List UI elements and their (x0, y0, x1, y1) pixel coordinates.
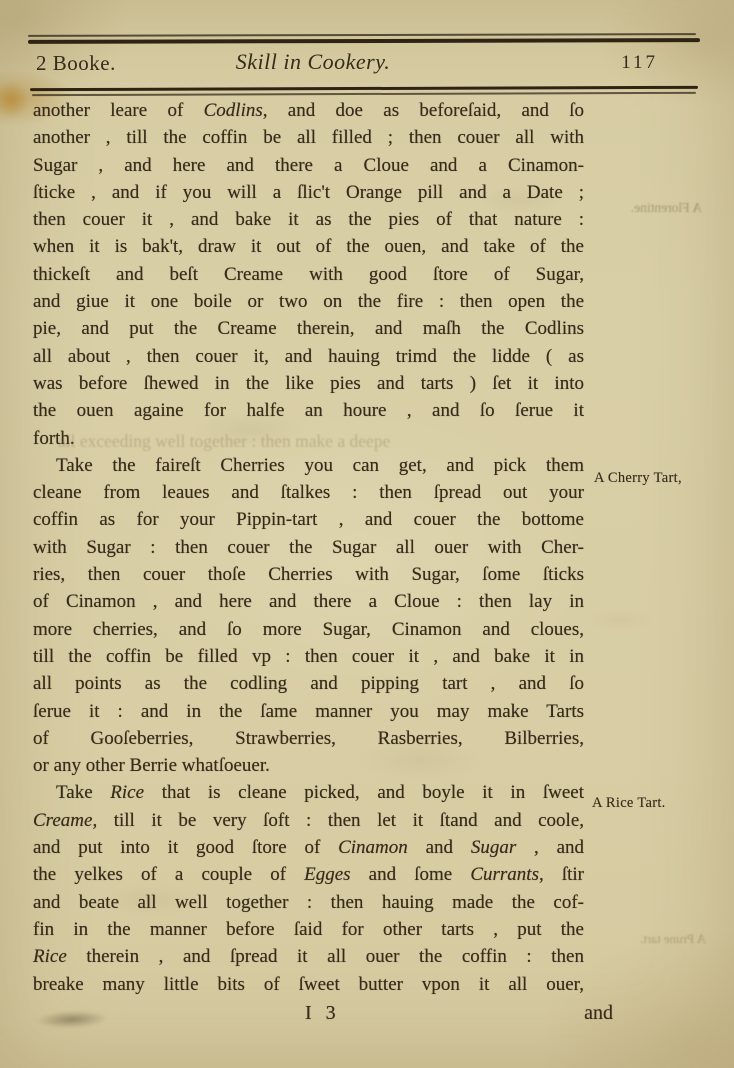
body-text-block: another leare of Codlins, and doe as bef… (33, 97, 584, 998)
text-line: then couer it , and bake it as the pies … (33, 206, 584, 233)
margin-note-rice-tart: A Rice Tart. (592, 795, 666, 812)
text-line: another , till the coffin be all filled … (33, 124, 584, 151)
text-line: Rice therein , and ſpread it all ouer th… (33, 943, 584, 970)
text-line: another leare of Codlins, and doe as bef… (33, 97, 584, 124)
text-line: breake many little bits of ſweet butter … (33, 971, 584, 998)
showthrough-prune-tart: A Prune tart. (606, 931, 706, 947)
text-line: Take Rice that is cleane picked, and boy… (33, 779, 584, 806)
text-line: and beate all well together : then hauin… (33, 889, 584, 916)
text-line: cleane from leaues and ſtalkes : then ſp… (33, 479, 584, 506)
page-number: 117 (621, 52, 658, 74)
text-line: the yelkes of a couple of Egges and ſome… (33, 861, 584, 888)
text-line: was before ſhewed in the like pies and t… (33, 370, 584, 397)
text-line: ſticke , and if you will a ſlic't Orange… (33, 179, 584, 206)
text-line: and giue it one boile or two on the fire… (33, 288, 584, 315)
text-line: Take the faireſt Cherries you can get, a… (33, 452, 584, 479)
text-line: the ouen againe for halfe an houre , and… (33, 397, 584, 424)
page-footer: I 3 and (33, 1002, 584, 1030)
text-line: Creame, till it be very ſoft : then let … (33, 807, 584, 834)
header-rule-bottom-thin (32, 92, 696, 96)
signature-mark: I 3 (305, 1002, 336, 1025)
running-title: Skill in Cookery. (148, 49, 478, 75)
text-line: pie, and put the Creame therein, and maſ… (33, 315, 584, 342)
text-line: or any other Berrie whatſoeuer. (33, 752, 584, 779)
text-line: with Sugar : then couer the Sugar all ou… (33, 534, 584, 561)
paragraph: Take Rice that is cleane picked, and boy… (33, 779, 584, 997)
text-line: thickeſt and beſt Creame with good ſtore… (33, 261, 584, 288)
text-line: when it is bak't, draw it out of the oue… (33, 233, 584, 260)
text-line: of Gooſeberries, Strawberries, Rasberrie… (33, 725, 584, 752)
header-rule-bottom-thick (30, 86, 698, 91)
paragraph: Take the faireſt Cherries you can get, a… (33, 452, 584, 780)
header-rule-top-thick (28, 38, 700, 44)
text-line: ries, then couer thoſe Cherries with Sug… (33, 561, 584, 588)
text-line: forth. (33, 425, 584, 452)
running-header: 2 Booke. Skill in Cookery. 117 (28, 49, 700, 83)
text-line: and put into it good ſtore of Cinamon an… (33, 834, 584, 861)
text-line: all points as the codling and pipping ta… (33, 670, 584, 697)
text-line: coffin as for your Pippin-tart , and cou… (33, 506, 584, 533)
text-line: fin in the manner before ſaid for other … (33, 916, 584, 943)
book-label: 2 Booke. (36, 51, 116, 76)
text-line: ſerue it : and in the ſame manner you ma… (33, 698, 584, 725)
scanned-book-page: 2 Booke. Skill in Cookery. 117 another l… (0, 0, 734, 1068)
text-line: Sugar , and here and there a Cloue and a… (33, 152, 584, 179)
showthrough-florentine: A Florentine. (592, 200, 702, 216)
text-line: of Cinamon , and here and there a Cloue … (33, 588, 584, 615)
paragraph: another leare of Codlins, and doe as bef… (33, 97, 584, 452)
catchword: and (584, 1002, 613, 1025)
text-line: till the coffin be filled vp : then coue… (33, 643, 584, 670)
margin-note-cherry-tart: A Cherry Tart, (594, 470, 682, 487)
paper-stain (0, 82, 28, 118)
text-line: more cherries, and ſo more Sugar, Cinamo… (33, 616, 584, 643)
header-rule-top-thin (28, 33, 696, 37)
text-line: all about , then couer it, and hauing tr… (33, 343, 584, 370)
